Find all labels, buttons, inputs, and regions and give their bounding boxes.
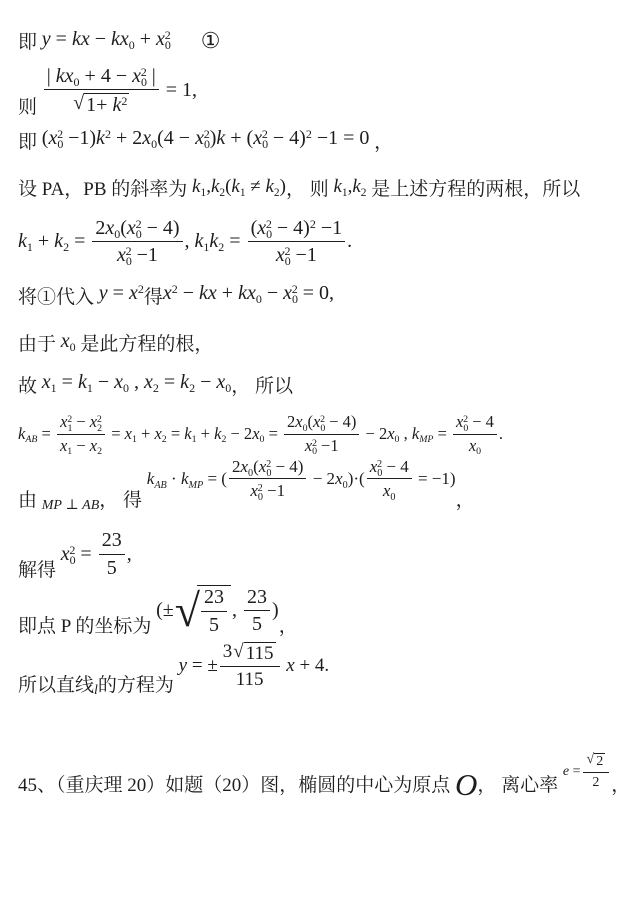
superscript: 2 (67, 414, 72, 425)
math-run: x02 −1 (305, 436, 339, 455)
math-run: x1 − x2 (60, 436, 102, 455)
text-run: 所以直线 (18, 673, 94, 700)
math-run: k1 + k2 = (18, 229, 90, 254)
subscript: 1 (27, 240, 33, 254)
subscript: 2 (219, 187, 225, 199)
fraction-bar (201, 611, 227, 612)
subscript: 2 (189, 381, 195, 395)
math-run: 5 (252, 613, 262, 635)
math-group: kAB · kMP = (2x0(x02 − 4)x02 −1 − 2x0)·(… (147, 457, 456, 500)
math-run: . (499, 424, 503, 445)
superscript: 2 (463, 414, 468, 425)
fraction-numerator: 23 (99, 529, 125, 551)
math-run: O (455, 770, 477, 799)
superscript: 2 (310, 217, 316, 231)
math-run: = x1 + x2 = k1 + k2 − 2x0 = (107, 424, 282, 445)
subscript: MP (189, 480, 204, 491)
subscript: 1 (203, 240, 209, 254)
text-run: 即点 P 的坐标为 (18, 614, 156, 641)
subscript: 1 (132, 434, 137, 445)
superscript: 2 (97, 414, 102, 425)
superscript: 2 (57, 127, 63, 141)
fraction-denominator: √1+ k2 (69, 92, 133, 116)
math-run: 2x0(x02 − 4) (232, 457, 304, 476)
fraction-bar (248, 241, 346, 242)
fraction: 2x0(x02 − 4)x02 −1 (284, 413, 359, 455)
text-run: ， 得 (99, 488, 147, 515)
fraction-bar (44, 89, 159, 90)
line-14: 45、（重庆理 20）如题（20）图，椭圆的中心为原点 O， 离心率 e =√2… (18, 761, 632, 799)
math-run: 23 (247, 586, 267, 608)
math-run: = 1, (161, 78, 197, 103)
math-run: 3 (223, 641, 233, 662)
math-run: 2x0(x02 − 4) (287, 412, 356, 431)
superscript: 2 (285, 244, 291, 258)
text-run: ， 所以 (231, 374, 293, 401)
subscript: 0 (248, 468, 253, 479)
superscript: 2 (172, 282, 178, 296)
math-run: x1 = k1 − x0 , x2 = k2 − x0 (42, 370, 231, 395)
superscript: 2 (136, 217, 142, 231)
subscript: 0 (151, 137, 157, 151)
subscript: 2 (218, 240, 224, 254)
text-run: ， 离心率 (477, 773, 563, 800)
subscript: 0 (390, 492, 395, 503)
superscript: 2 (306, 127, 312, 141)
text-run: ， (456, 488, 475, 515)
subscript: 0 (225, 381, 231, 395)
math-run: y = kx − kx0 + x02 (42, 27, 171, 52)
subscript: 2 (221, 434, 226, 445)
math-run: y = x2 (99, 281, 144, 306)
radical-icon: √ (587, 753, 595, 767)
superscript: 2 (320, 414, 325, 425)
math-group: | kx0 + 4 − x02 |√1+ k2 = 1, (42, 65, 197, 117)
text-run: 则 (18, 95, 42, 122)
fraction-numerator: x02 − 4 (367, 457, 412, 476)
text-run: ， (611, 773, 630, 800)
line-6: 将①代入 y = x2得x2 − kx + kx0 − x02 = 0, (18, 285, 632, 312)
text-run: 是此方程的根， (76, 332, 214, 359)
radical-icon: √ (73, 93, 84, 113)
text-run: 将①代入 (18, 285, 99, 312)
fraction-bar (92, 241, 182, 242)
radical-icon: √ (233, 642, 243, 661)
fraction-numerator: 2x0(x02 − 4) (284, 413, 359, 431)
math-group: kAB = x12 − x22x1 − x2 = x1 + x2 = k1 + … (18, 413, 503, 455)
math-run: x0 (469, 436, 481, 455)
subscript: 1 (342, 187, 348, 199)
fraction-denominator: x0 (380, 481, 399, 500)
math-run: 115 (236, 669, 264, 690)
text-run: ， 则 (286, 177, 334, 204)
text-run: 由于 (18, 332, 61, 359)
superscript: 2 (105, 127, 111, 141)
line-12: 即点 P 的坐标为 (±√235, 235)， (18, 590, 632, 641)
text-run: ， (279, 614, 298, 641)
fraction-bar (367, 478, 412, 479)
math-run: 23 (102, 529, 122, 551)
subscript: 1 (51, 381, 57, 395)
subscript: 2 (361, 187, 367, 199)
fraction: 235 (244, 586, 270, 636)
fraction-denominator: 115 (233, 669, 267, 690)
superscript: 2 (204, 127, 210, 141)
superscript: 2 (138, 282, 144, 296)
subscript: AB (25, 434, 37, 445)
fraction: 2x0(x02 − 4)x02 −1 (92, 217, 182, 267)
math-run: x12 − x22 (60, 412, 102, 431)
superscript: 2 (266, 459, 271, 470)
document-page: 即 y = kx − kx0 + x02①则 | kx0 + 4 − x02 |… (0, 0, 640, 800)
radicand: 1+ k2 (84, 93, 129, 116)
fraction: 235 (201, 586, 227, 636)
fraction-numerator: (x02 − 4)2 −1 (248, 217, 346, 239)
fraction-denominator: x02 −1 (114, 244, 161, 266)
subscript: AB (154, 480, 166, 491)
fraction: x02 − 4x0 (367, 457, 412, 500)
fraction-numerator: x02 − 4 (453, 413, 497, 431)
math-run: 23 (204, 586, 224, 608)
line-7: 由于 x0 是此方程的根， (18, 332, 632, 359)
text-run: ， (369, 130, 393, 157)
superscript: 2 (121, 94, 127, 108)
superscript: 2 (258, 483, 263, 494)
fraction-numerator: 2x0(x02 − 4) (229, 457, 307, 476)
text-run: 即 (18, 130, 42, 157)
math-run: = −1) (414, 468, 456, 489)
text-run: 设 PA，PB 的斜率为 (18, 177, 192, 204)
line-3: 即 (x02 −1)k2 + 2x0(4 − x02)k + (x02 − 4)… (18, 130, 632, 157)
math-run: y = ± (179, 654, 218, 678)
fraction-numerator: 2x0(x02 − 4) (92, 217, 182, 239)
line-10: 由 MP ⊥ AB， 得 kAB · kMP = (2x0(x02 − 4)x0… (18, 471, 632, 514)
fraction-denominator: 5 (206, 614, 222, 636)
math-run: e = (563, 763, 581, 781)
subscript: 0 (123, 381, 129, 395)
math-run: x02 −1 (117, 244, 158, 266)
subscript: 0 (476, 446, 481, 457)
math-run: x2 − kx + kx0 − x02 = 0, (163, 281, 334, 306)
text-run: ① (201, 26, 221, 57)
math-run: 2 (592, 775, 599, 790)
superscript: 2 (165, 28, 171, 42)
math-run: kAB · kMP = ( (147, 468, 227, 489)
subscript: 2 (153, 381, 159, 395)
fraction-numerator: x12 − x22 (57, 413, 105, 431)
subscript: 0 (260, 434, 265, 445)
math-run: 2x0(x02 − 4) (95, 217, 179, 239)
line-1: 即 y = kx − kx0 + x02① (18, 26, 632, 57)
math-run: (x02 − 4)2 −1 (251, 217, 343, 239)
line-5: k1 + k2 = 2x0(x02 − 4)x02 −1, k1k2 = (x0… (18, 217, 632, 267)
fraction: 235 (99, 529, 125, 579)
math-run: x02 −1 (276, 244, 317, 266)
fraction: | kx0 + 4 − x02 |√1+ k2 (44, 65, 159, 117)
math-run: k1,k2(k1 ≠ k2) (192, 175, 286, 199)
fraction-numerator: | kx0 + 4 − x02 | (44, 65, 159, 87)
fraction-denominator: x02 −1 (247, 481, 288, 500)
superscript: 2 (312, 438, 317, 449)
math-run: | kx0 + 4 − x02 | (47, 65, 156, 87)
fraction: x12 − x22x1 − x2 (57, 413, 105, 455)
subscript: MP (419, 434, 433, 445)
line-2: 则 | kx0 + 4 − x02 |√1+ k2 = 1, (18, 70, 632, 122)
subscript: 0 (395, 434, 400, 445)
math-run: 5 (209, 614, 219, 636)
fraction-denominator: 5 (249, 613, 265, 635)
superscript: 2 (69, 543, 75, 557)
square-root: √235 (175, 585, 231, 636)
text-run: 得 (144, 285, 163, 312)
line-4: 设 PA，PB 的斜率为 k1,k2(k1 ≠ k2)， 则 k1,k2 是上述… (18, 177, 632, 204)
math-run: . (347, 229, 352, 254)
fraction-bar (220, 666, 280, 667)
math-run: 5 (107, 557, 117, 579)
text-run: 由 (18, 488, 42, 515)
math-run: x02 − 4 (370, 457, 409, 476)
math-group: k1 + k2 = 2x0(x02 − 4)x02 −1, k1k2 = (x0… (18, 217, 352, 267)
fraction-denominator: 2 (589, 775, 602, 791)
subscript: 0 (74, 75, 80, 89)
subscript: 1 (67, 446, 72, 457)
text-run: 故 (18, 374, 42, 401)
line-11: 解得 x02 = 235, (18, 534, 632, 584)
math-run: , (232, 598, 242, 623)
subscript: 0 (303, 423, 308, 434)
fraction: x02 − 4x0 (453, 413, 497, 455)
fraction-denominator: x02 −1 (273, 244, 320, 266)
math-run: kAB = (18, 424, 55, 445)
math-run: 2 (596, 754, 603, 769)
math-run: x0 (383, 481, 396, 500)
math-run: x02 = (61, 542, 97, 567)
math-run: − 2x0)·( (308, 468, 364, 489)
math-group: y = ±3√115115 x + 4. (179, 641, 329, 691)
square-root: √115 (233, 642, 275, 664)
math-run: x + 4. (282, 654, 330, 678)
superscript: 2 (292, 282, 298, 296)
math-run: x02 − 4 (456, 412, 494, 431)
line-13: 所以直线l的方程为 y = ±3√115115 x + 4. (18, 650, 632, 700)
fraction-denominator: x0 (466, 437, 484, 455)
subscript: 0 (114, 227, 120, 241)
fraction-bar (583, 772, 610, 773)
subscript: 2 (97, 446, 102, 457)
line-9: kAB = x12 − x22x1 − x2 = x1 + x2 = k1 + … (18, 413, 632, 455)
text-run: 解得 (18, 558, 61, 585)
math-run: , (127, 542, 132, 567)
math-run: k1,k2 (333, 175, 366, 199)
fraction: 2x0(x02 − 4)x02 −1 (229, 457, 307, 500)
text-run: 的方程为 (98, 673, 179, 700)
subscript: 0 (256, 292, 262, 306)
superscript: 2 (126, 244, 132, 258)
subscript: 1 (240, 187, 246, 199)
superscript: 2 (266, 217, 272, 231)
math-run: − 2x0 , kMP = (361, 424, 451, 445)
math-run: x02 −1 (250, 481, 285, 500)
math-run: (± (156, 598, 174, 623)
subscript: 1 (192, 434, 197, 445)
fraction-denominator: 5 (104, 557, 120, 579)
math-run: 1+ k2 (86, 94, 127, 116)
math-run: MP ⊥ AB (42, 497, 100, 515)
fraction-denominator: x1 − x2 (57, 437, 105, 455)
math-run: 115 (246, 643, 274, 664)
text-run: 是上述方程的两根，所以 (367, 177, 581, 204)
subscript: 1 (87, 381, 93, 395)
subscript: 0 (129, 38, 135, 52)
fraction-numerator: 3√115 (220, 641, 280, 664)
radicand: 235 (197, 585, 231, 636)
subscript: 0 (70, 340, 76, 354)
fraction-denominator: x02 −1 (302, 437, 342, 455)
superscript: 2 (262, 127, 268, 141)
subscript: 1 (200, 187, 206, 199)
math-run: x0 (61, 329, 76, 354)
fraction: √22 (583, 752, 610, 790)
math-run: ) (272, 598, 279, 623)
radicand: 2 (594, 753, 605, 770)
math-run: , k1k2 = (185, 229, 246, 254)
fraction-numerator: √2 (583, 752, 610, 770)
fraction-bar (244, 610, 270, 611)
fraction: (x02 − 4)2 −1x02 −1 (248, 217, 346, 267)
fraction-numerator: 23 (244, 586, 270, 608)
subscript: 2 (274, 187, 280, 199)
math-group: x02 = 235, (61, 529, 132, 579)
text-run: 45、（重庆理 20）如题（20）图，椭圆的中心为原点 (18, 773, 455, 800)
text-run: 即 (18, 30, 42, 57)
square-root: √1+ k2 (73, 93, 129, 116)
line-8: 故 x1 = k1 − x0 , x2 = k2 − x0， 所以 (18, 374, 632, 401)
fraction-bar (453, 434, 497, 435)
math-group: e =√22 (563, 752, 611, 790)
subscript: 2 (162, 434, 167, 445)
math-group: (±√235, 235) (156, 585, 279, 636)
radicand: 115 (244, 642, 276, 664)
superscript: 2 (141, 65, 147, 79)
math-run: (x02 −1)k2 + 2x0(4 − x02)k + (x02 − 4)2 … (42, 126, 370, 151)
square-root: √2 (587, 753, 606, 770)
subscript: 0 (343, 480, 348, 491)
fraction-numerator: 23 (201, 586, 227, 608)
fraction-bar (99, 554, 125, 555)
fraction: 3√115115 (220, 641, 280, 691)
subscript: 2 (63, 240, 69, 254)
superscript: 2 (377, 459, 382, 470)
